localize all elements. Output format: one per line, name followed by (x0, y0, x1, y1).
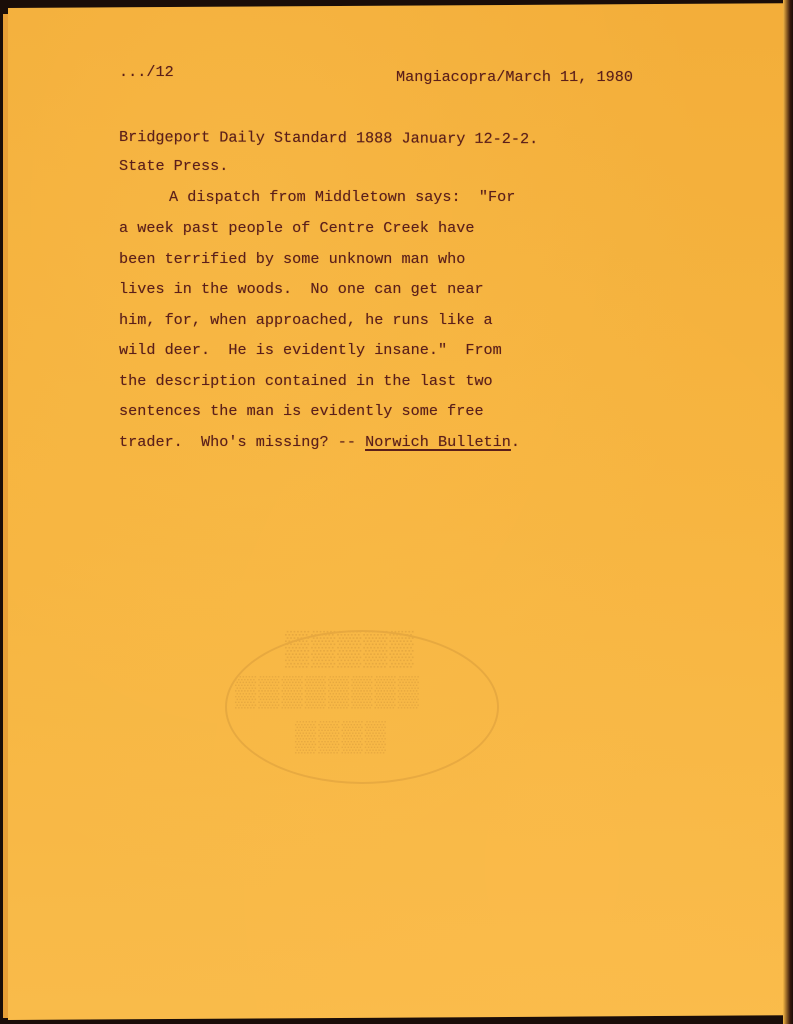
citation-source: Bridgeport Daily Standard 1888 January 1… (119, 130, 538, 147)
body-line-8: sentences the man is evidently some free (119, 404, 484, 419)
body-line-6: wild deer. He is evidently insane." From (119, 343, 502, 358)
author-date: Mangiacopra/March 11, 1980 (396, 70, 633, 85)
scanned-document: ▒▒▒▒▒ ▒▒▒▒▒▒▒▒ ▒▒▒▒ .../12 Mangiacopra/M… (0, 0, 793, 1024)
attribution-source: Norwich Bulletin (365, 433, 511, 451)
paper-sheet (8, 3, 785, 1020)
body-line-5: him, for, when approached, he runs like … (119, 313, 493, 328)
closing-line: trader. Who's missing? -- Norwich Bullet… (119, 435, 520, 450)
body-line-7: the description contained in the last tw… (119, 374, 493, 389)
closing-prefix: trader. Who's missing? -- (119, 433, 365, 451)
body-line-3: been terrified by some unknown man who (119, 252, 465, 267)
body-line-4: lives in the woods. No one can get near (119, 282, 484, 297)
body-line-2: a week past people of Centre Creek have (119, 221, 474, 236)
page-marker: .../12 (119, 65, 174, 80)
closing-suffix: . (511, 433, 520, 451)
page-edge-right (783, 0, 793, 1024)
citation-section: State Press. (119, 159, 228, 174)
body-line-1: A dispatch from Middletown says: "For (169, 190, 515, 205)
